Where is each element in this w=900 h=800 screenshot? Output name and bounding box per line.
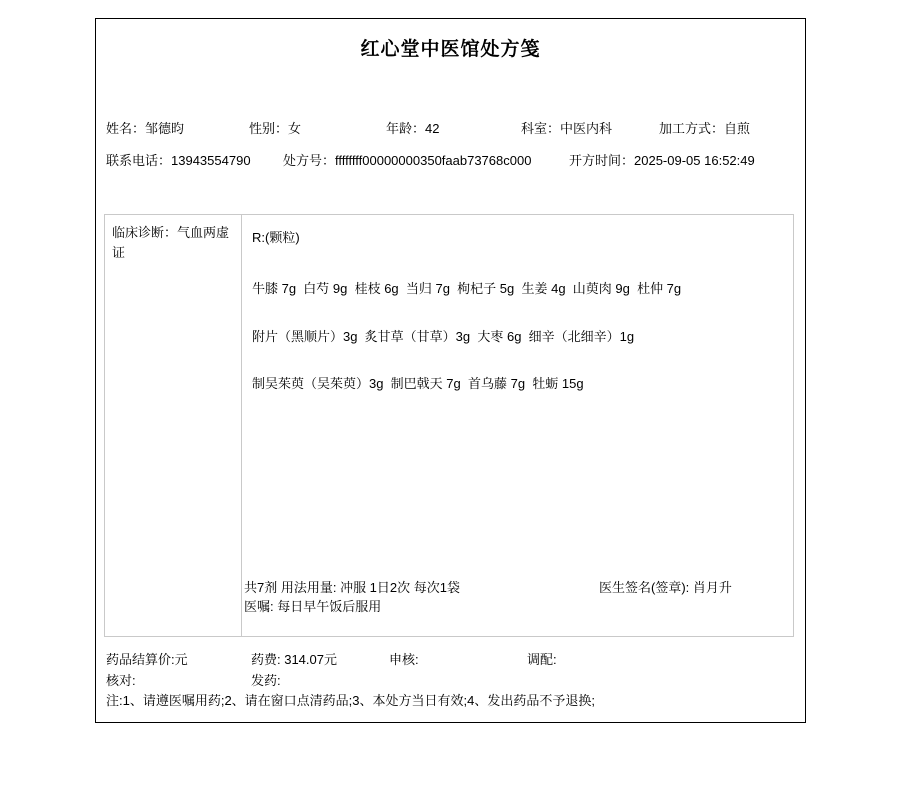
phone-field: 联系电话：13943554790 bbox=[106, 150, 251, 169]
processing-method-field: 加工方式：自煎 bbox=[659, 118, 750, 137]
page-title: 红心堂中医馆处方笺 bbox=[96, 34, 805, 61]
medicine-fee-field: 药费: 314.07元 bbox=[251, 649, 337, 668]
herb-line: 制吴茱萸（吴茱萸）3g 制巴戟天 7g 首乌藤 7g 牡蛎 15g bbox=[252, 373, 584, 392]
rx-number-field: 处方号：ffffffff00000000350faab73768c000 bbox=[283, 150, 531, 169]
patient-gender-label: 性别： bbox=[249, 121, 288, 136]
prescription-sheet: 红心堂中医馆处方笺 姓名：邹德昀 性别：女 年龄：42 科室：中医内科 加工方式… bbox=[95, 18, 806, 723]
patient-age-label: 年龄： bbox=[386, 121, 425, 136]
department-field: 科室：中医内科 bbox=[521, 118, 612, 137]
diagnosis-cell: 临床诊断：气血两虚证 bbox=[105, 215, 242, 636]
department-label: 科室： bbox=[521, 121, 560, 136]
prescription-box: 临床诊断：气血两虚证 R:(颗粒) 牛膝 7g 白芍 9g 桂枝 6g 当归 7… bbox=[104, 214, 794, 637]
processing-method-value: 自煎 bbox=[724, 121, 750, 136]
rx-form-header: R:(颗粒) bbox=[252, 227, 300, 246]
footer-note: 注:1、请遵医嘱用药;2、请在窗口点清药品;3、本处方当日有效;4、发出药品不予… bbox=[106, 690, 595, 709]
patient-name-field: 姓名：邹德昀 bbox=[106, 118, 184, 137]
doctor-signature-value: 肖月升 bbox=[693, 580, 732, 595]
issue-time-value: 2025-09-05 16:52:49 bbox=[634, 153, 755, 168]
diagnosis-label: 临床诊断： bbox=[112, 225, 177, 240]
issue-field: 发药: bbox=[251, 670, 281, 689]
check-field: 核对: bbox=[106, 670, 136, 689]
rx-number-value: ffffffff00000000350faab73768c000 bbox=[335, 153, 531, 168]
review-field: 申核: bbox=[389, 649, 419, 668]
patient-gender-value: 女 bbox=[288, 121, 301, 136]
patient-gender-field: 性别：女 bbox=[249, 118, 301, 137]
phone-value: 13943554790 bbox=[171, 153, 251, 168]
patient-name-value: 邹德昀 bbox=[145, 121, 184, 136]
issue-time-field: 开方时间：2025-09-05 16:52:49 bbox=[569, 150, 755, 169]
doctor-advice: 医嘱: 每日早午饭后服用 bbox=[244, 596, 381, 615]
herb-line: 附片（黑顺片）3g 炙甘草（甘草）3g 大枣 6g 细辛（北细辛）1g bbox=[252, 326, 634, 345]
settlement-price-field: 药品结算价:元 bbox=[106, 649, 188, 668]
dispense-field: 调配: bbox=[527, 649, 557, 668]
department-value: 中医内科 bbox=[560, 121, 612, 136]
usage-instructions: 共7剂 用法用量: 冲服 1日2次 每次1袋 bbox=[244, 577, 460, 596]
prescription-page: 红心堂中医馆处方笺 姓名：邹德昀 性别：女 年龄：42 科室：中医内科 加工方式… bbox=[0, 0, 900, 800]
doctor-signature-label: 医生签名(签章): bbox=[599, 580, 693, 595]
rx-number-label: 处方号： bbox=[283, 153, 335, 168]
patient-age-field: 年龄：42 bbox=[386, 118, 439, 137]
issue-time-label: 开方时间： bbox=[569, 153, 634, 168]
rx-content-cell: R:(颗粒) 牛膝 7g 白芍 9g 桂枝 6g 当归 7g 枸杞子 5g 生姜… bbox=[242, 215, 793, 636]
herb-line: 牛膝 7g 白芍 9g 桂枝 6g 当归 7g 枸杞子 5g 生姜 4g 山萸肉… bbox=[252, 278, 681, 297]
patient-name-label: 姓名： bbox=[106, 121, 145, 136]
doctor-signature: 医生签名(签章): 肖月升 bbox=[599, 577, 732, 596]
patient-age-value: 42 bbox=[425, 121, 439, 136]
phone-label: 联系电话： bbox=[106, 153, 171, 168]
processing-method-label: 加工方式： bbox=[659, 121, 724, 136]
